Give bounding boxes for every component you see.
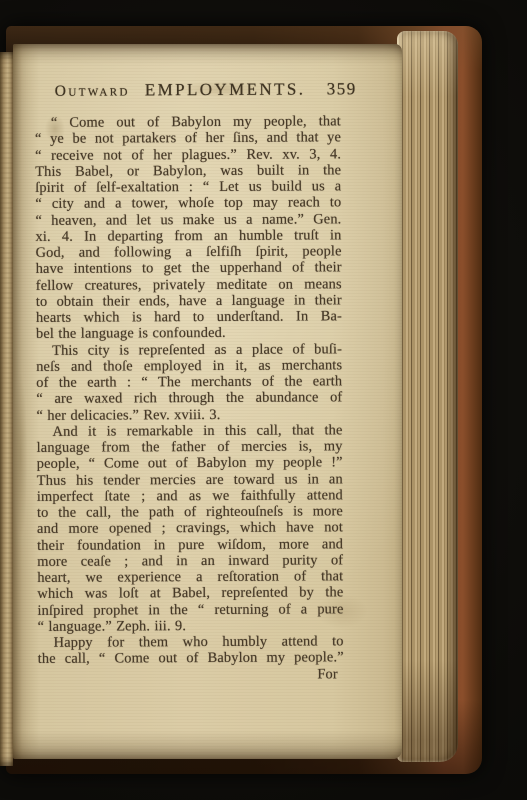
text-line: which was loſt at Babel, repreſented by … xyxy=(37,585,343,603)
text-line: people, “ Come out of Babylon my people … xyxy=(37,455,343,473)
text-line: fellow creatures, privately meditate on … xyxy=(36,276,342,294)
text-line: “ heaven, and let us make us a name.” Ge… xyxy=(35,211,341,229)
text-line: heart, we experience a reſtoration of th… xyxy=(37,568,343,586)
text-line: God, and following a ſelfiſh ſpirit, peo… xyxy=(36,243,342,261)
text-line: “ her delicacies.” Rev. xviii. 3. xyxy=(36,406,342,424)
paragraph: This city is repreſented as a place of b… xyxy=(36,341,342,424)
paragraph: And it is remarkable in this call, that … xyxy=(36,422,343,635)
fore-edge-pages xyxy=(397,31,458,762)
running-title-right: EMPLOYMENTS. xyxy=(145,79,306,100)
text-line: Thus his tender mercies are toward us in… xyxy=(37,471,343,489)
text-line: bel the language is confounded. xyxy=(36,325,342,343)
text-line: “ language.” Zeph. iii. 9. xyxy=(38,617,344,635)
running-title-left: Outward xyxy=(55,82,130,100)
text-line: And it is remarkable in this call, that … xyxy=(36,422,342,440)
text-line: their foundation in pure wiſdom, more an… xyxy=(37,536,343,554)
catchword: For xyxy=(38,666,344,684)
text-line: ſpirit of ſelf-exaltation : “ Let us bui… xyxy=(35,178,341,196)
paragraph: “ Come out of Babylon my people, that“ y… xyxy=(35,113,342,342)
book-page: Outward EMPLOYMENTS. 359 “ Come out of B… xyxy=(13,44,402,759)
text-line: “ ye be not partakers of her ſins, and t… xyxy=(35,130,341,148)
page-surface: Outward EMPLOYMENTS. 359 “ Come out of B… xyxy=(12,43,405,760)
text-line: neſs and thoſe employed in it, as mercha… xyxy=(36,357,342,375)
text-line: “ are waxed rich through the abundance o… xyxy=(36,390,342,408)
page-number: 359 xyxy=(327,79,357,99)
gutter-page-edges xyxy=(0,52,13,766)
paragraph: Happy for them who humbly attend tothe c… xyxy=(38,633,344,667)
text-line: hearts which is hard to underſtand. In B… xyxy=(36,308,342,326)
text-line: more ceaſe ; and in an inward purity of xyxy=(37,552,343,570)
text-line: “ receive not of her plagues.” Rev. xv. … xyxy=(35,146,341,164)
text-line: have intentions to get the upperhand of … xyxy=(36,260,342,278)
text-line: imperfect ſtate ; and as we faithfully a… xyxy=(37,487,343,505)
text-line: This city is repreſented as a place of b… xyxy=(36,341,342,359)
page-stain xyxy=(11,345,30,565)
text-block: “ Come out of Babylon my people, that“ y… xyxy=(35,113,344,683)
text-line: to obtain their ends, have a language in… xyxy=(36,292,342,310)
page-header: Outward EMPLOYMENTS. 359 xyxy=(35,79,357,101)
text-line: Happy for them who humbly attend to xyxy=(38,633,344,651)
text-line: to the call, the path of righteouſneſs i… xyxy=(37,503,343,521)
text-line: language from the father of mercies is, … xyxy=(37,438,343,456)
text-line: of the earth : “ The merchants of the ea… xyxy=(36,373,342,391)
text-line: “ city and a tower, whoſe top may reach … xyxy=(35,195,341,213)
text-line: inſpired prophet in the “ returning of a… xyxy=(37,601,343,619)
text-line: the call, “ Come out of Babylon my peopl… xyxy=(38,650,344,668)
text-line: This Babel, or Babylon, was built in the xyxy=(35,162,341,180)
text-line: “ Come out of Babylon my people, that xyxy=(35,113,341,131)
text-line: and more opened ; cravings, which have n… xyxy=(37,520,343,538)
text-line: xi. 4. In departing from an humble truſt… xyxy=(35,227,341,245)
